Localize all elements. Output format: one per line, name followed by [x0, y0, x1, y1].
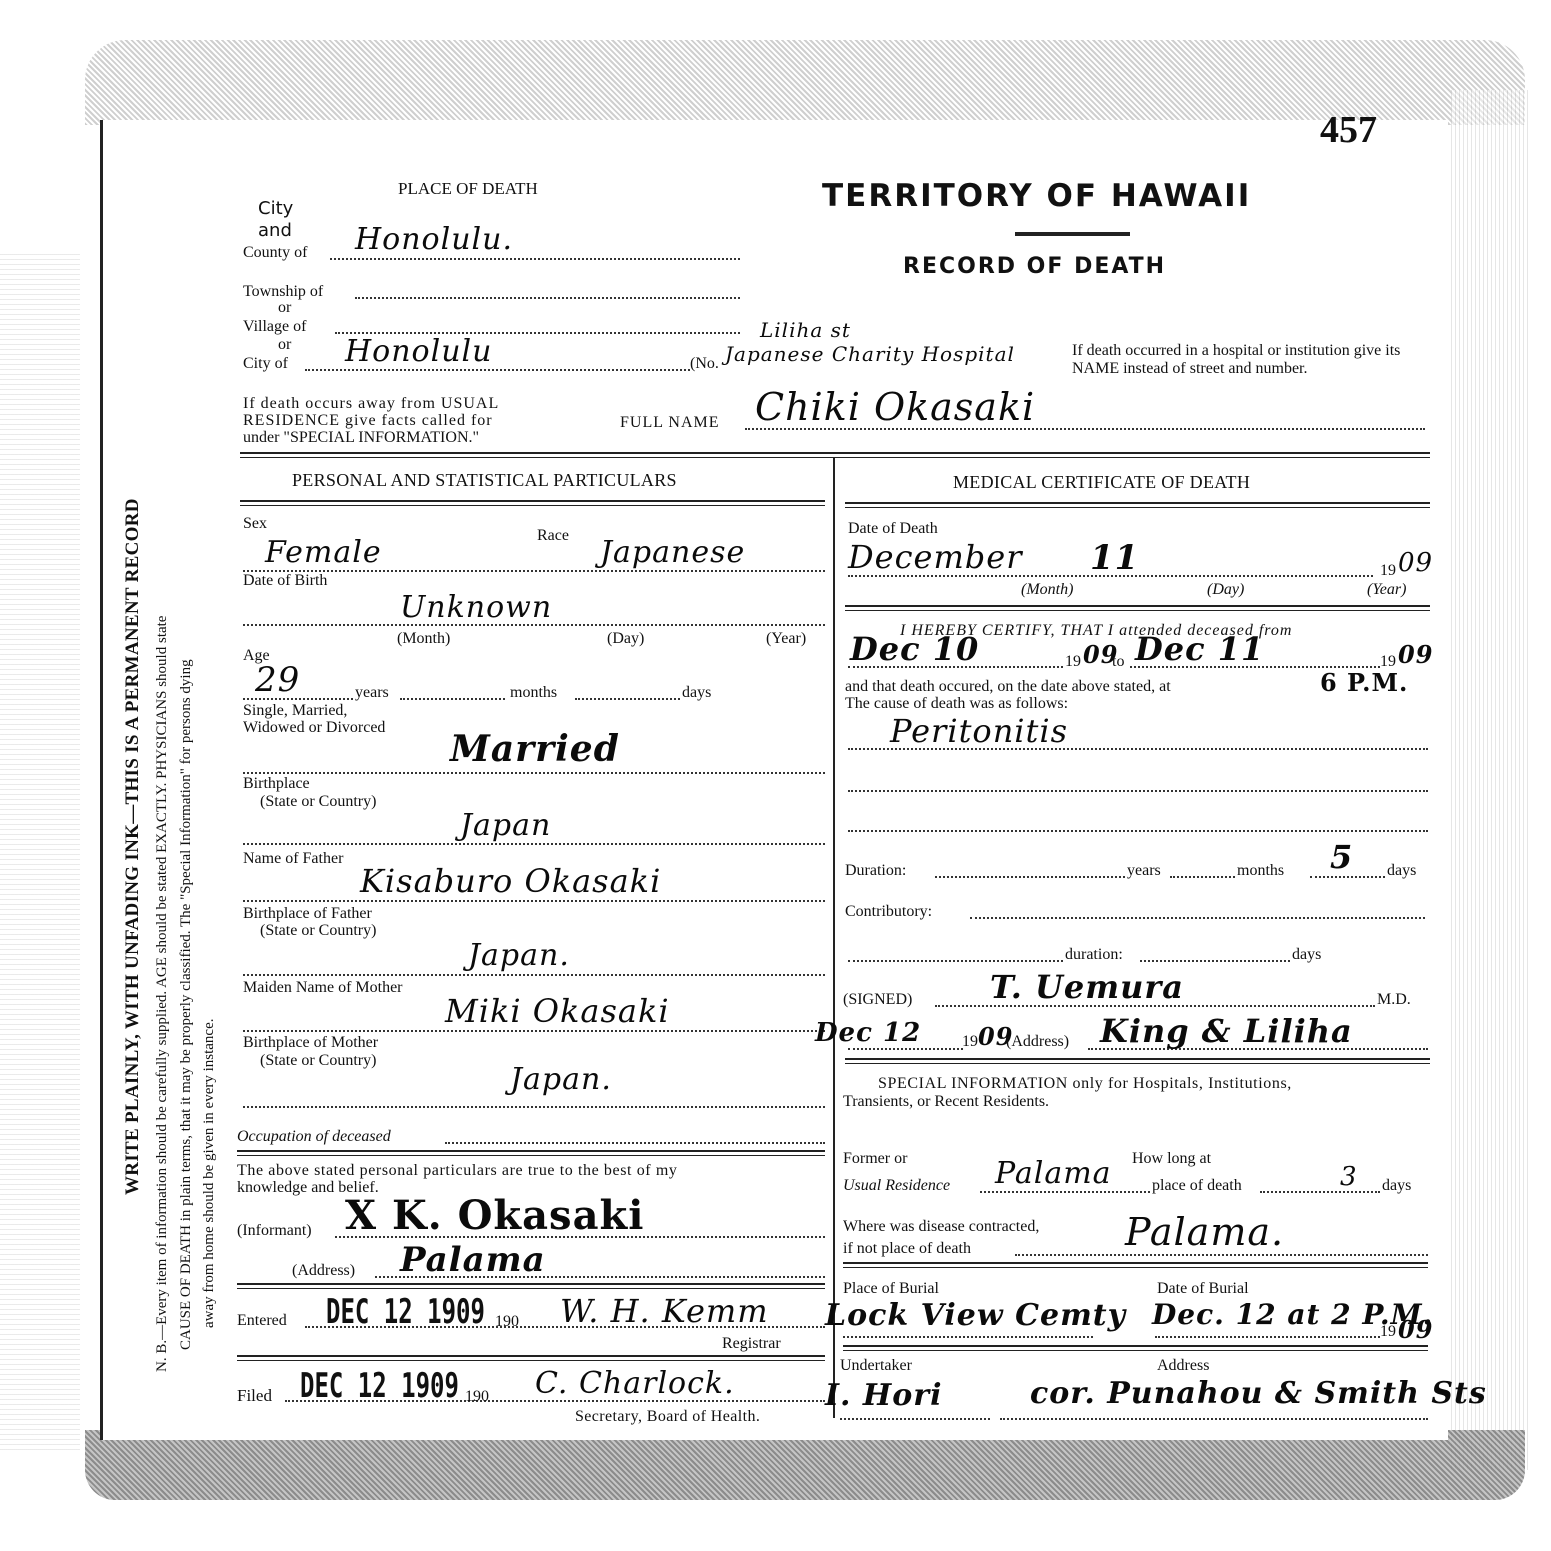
place-of-death-heading: PLACE OF DEATH	[398, 180, 538, 198]
form-title: TERRITORY OF HAWAII	[822, 178, 1251, 214]
side-note-line1: N. B.—Every item of information should b…	[153, 616, 171, 1372]
father-line	[243, 900, 825, 902]
dod-year-prefix: 19	[1380, 562, 1396, 580]
cause-line-3	[848, 830, 1428, 832]
dod-day-value[interactable]: 11	[1090, 538, 1139, 578]
special-heading: SPECIAL INFORMATION only for Hospitals, …	[878, 1075, 1292, 1093]
entered-rule	[237, 1355, 825, 1361]
occupation-rule	[237, 1150, 825, 1156]
entered-label: Entered	[237, 1312, 287, 1330]
dod-day-label: (Day)	[1207, 581, 1244, 599]
attended-to-value[interactable]: Dec 11	[1135, 630, 1264, 668]
undertaker-line	[840, 1418, 990, 1420]
special-heading-bold: SPECIAL INFORMATION	[878, 1075, 1068, 1092]
undertaker-value[interactable]: I. Hori	[825, 1378, 942, 1413]
contributory-line-2	[848, 960, 1063, 962]
informant-value[interactable]: X K. Okasaki	[345, 1192, 644, 1239]
city-of-label: City of	[243, 355, 288, 373]
contracted-rule	[843, 1262, 1428, 1268]
burial-place-label: Place of Burial	[843, 1280, 939, 1298]
former-residence-label-2: Usual Residence	[843, 1177, 950, 1195]
birthplace-line	[243, 843, 825, 845]
cause-value[interactable]: Peritonitis	[890, 712, 1068, 750]
dod-month-label: (Month)	[1021, 581, 1073, 599]
mother-birthplace-line	[243, 1106, 825, 1108]
race-label: Race	[537, 527, 569, 545]
how-long-line	[1260, 1191, 1380, 1193]
burial-place-line	[843, 1336, 1093, 1338]
undertaker-address-line	[1000, 1418, 1428, 1420]
county-line	[330, 258, 740, 260]
dob-day-label: (Day)	[607, 630, 644, 648]
dob-label: Date of Birth	[243, 572, 327, 590]
hospital-note: If death occurred in a hospital or insti…	[1072, 342, 1430, 378]
away-note-3: under "SPECIAL INFORMATION."	[243, 429, 479, 447]
father-birthplace-value[interactable]: Japan.	[468, 938, 570, 973]
death-time-value[interactable]: 6 P.M.	[1320, 668, 1408, 697]
informant-address-label: (Address)	[292, 1262, 355, 1280]
contributory-duration-label: duration:	[1065, 946, 1123, 964]
institution-value[interactable]: Japanese Charity Hospital	[725, 342, 1015, 366]
birthplace-label-2: (State or Country)	[260, 793, 376, 811]
or-label-1: or	[278, 299, 291, 317]
attended-to-year[interactable]: 09	[1398, 640, 1433, 669]
informant-label: (Informant)	[237, 1222, 312, 1240]
informant-address-value[interactable]: Palama	[400, 1240, 546, 1280]
contracted-label-1: Where was disease contracted,	[843, 1218, 1039, 1236]
mother-birthplace-label-1: Birthplace of Mother	[243, 1034, 378, 1052]
former-residence-label-1: Former or	[843, 1150, 907, 1168]
dob-year-label: (Year)	[766, 630, 806, 648]
registrar-label: Registrar	[722, 1335, 781, 1353]
burial-place-value[interactable]: Lock View Cemty	[825, 1298, 1126, 1333]
former-residence-value[interactable]: Palama	[995, 1156, 1112, 1191]
signed-rule	[845, 1058, 1430, 1064]
undertaker-address-label: Address	[1157, 1357, 1209, 1375]
mother-birthplace-value[interactable]: Japan.	[510, 1062, 612, 1097]
county-value[interactable]: Honolulu.	[355, 222, 513, 257]
medical-heading: MEDICAL CERTIFICATE OF DEATH	[953, 472, 1250, 493]
and-label: and	[258, 220, 292, 241]
secretary-label: Secretary, Board of Health.	[575, 1408, 760, 1426]
mother-value[interactable]: Miki Okasaki	[445, 992, 670, 1030]
former-residence-line	[980, 1191, 1150, 1193]
informant-rule	[237, 1283, 825, 1289]
side-note-main: WRITE PLAINLY, WITH UNFADING INK—THIS IS…	[122, 498, 144, 1195]
dod-year-value[interactable]: 09	[1398, 548, 1433, 578]
burial-year-prefix: 19	[1380, 1323, 1396, 1341]
full-name-label: FULL NAME	[620, 414, 720, 432]
contributory-line	[970, 917, 1425, 919]
side-note-line2: CAUSE OF DEATH in plain terms, that it m…	[177, 659, 195, 1350]
father-label: Name of Father	[243, 850, 343, 868]
father-birthplace-label-1: Birthplace of Father	[243, 905, 372, 923]
sex-value[interactable]: Female	[265, 535, 382, 570]
dod-rule	[845, 605, 1430, 611]
birthplace-label-1: Birthplace	[243, 775, 310, 793]
away-note-1: If death occurs away from USUAL	[243, 395, 499, 413]
city-label: City	[258, 198, 293, 219]
attended-to-label: to	[1112, 653, 1124, 671]
dod-label: Date of Death	[848, 520, 938, 538]
father-value[interactable]: Kisaburo Okasaki	[360, 862, 661, 900]
contracted-value[interactable]: Palama.	[1125, 1210, 1284, 1254]
or-label-2: or	[278, 336, 291, 354]
contracted-line	[1015, 1254, 1428, 1256]
duration-years-line	[935, 876, 1125, 878]
sex-label: Sex	[243, 515, 267, 533]
how-long-value[interactable]: 3	[1340, 1162, 1358, 1192]
marital-label-2: Widowed or Divorced	[243, 719, 385, 737]
filed-stamp: DEC 12 1909	[300, 1366, 459, 1405]
scan-border-top	[85, 40, 1525, 125]
age-days-line	[575, 698, 680, 700]
contracted-label-2: if not place of death	[843, 1240, 971, 1258]
registrar-signature: W. H. Kemm	[560, 1292, 769, 1330]
physician-address-value[interactable]: King & Liliha	[1100, 1012, 1353, 1050]
street-no-label: (No.	[690, 355, 719, 373]
undertaker-label: Undertaker	[840, 1357, 912, 1375]
how-long-label-1: How long at	[1132, 1150, 1211, 1168]
physician-signature: T. Uemura	[990, 968, 1184, 1006]
entered-year-prefix: 190	[495, 1313, 519, 1331]
attest-line-1: The above stated personal particulars ar…	[237, 1162, 677, 1180]
filed-label: Filed	[237, 1387, 272, 1405]
contributory-days-label: days	[1292, 946, 1321, 964]
marital-line	[243, 772, 825, 774]
city-line	[305, 369, 690, 371]
personal-heading-rule	[240, 500, 825, 506]
column-divider	[833, 458, 835, 1418]
cause-label: The cause of death was as follows:	[845, 695, 1068, 713]
contributory-duration-line	[1140, 960, 1290, 962]
occupation-label: Occupation of deceased	[237, 1128, 391, 1146]
occupation-line	[445, 1142, 825, 1144]
village-label: Village of	[243, 318, 306, 336]
medical-heading-rule	[845, 502, 1430, 508]
city-value[interactable]: Honolulu	[345, 334, 492, 369]
burial-date-label: Date of Burial	[1157, 1280, 1249, 1298]
county-label: County of	[243, 244, 307, 262]
undertaker-address-value[interactable]: cor. Punahou & Smith Sts	[1030, 1376, 1487, 1411]
away-note-2: RESIDENCE give facts called for	[243, 412, 493, 430]
mother-birthplace-label-2: (State or Country)	[260, 1052, 376, 1070]
burial-rule	[843, 1345, 1428, 1351]
cause-line-2	[848, 790, 1428, 792]
how-long-days-label: days	[1382, 1177, 1411, 1195]
age-months-line	[400, 698, 505, 700]
race-value[interactable]: Japanese	[600, 535, 745, 570]
death-time-text: and that death occured, on the date abov…	[845, 678, 1171, 696]
burial-year-value[interactable]: 09	[1398, 1315, 1433, 1344]
entered-stamp: DEC 12 1909	[326, 1292, 485, 1331]
attended-from-year-prefix: 19	[1065, 653, 1081, 671]
personal-heading: PERSONAL AND STATISTICAL PARTICULARS	[292, 470, 677, 491]
md-label: M.D.	[1377, 991, 1411, 1009]
sex-race-line	[243, 570, 825, 572]
side-note-line3: away from home should be given in every …	[200, 1019, 218, 1329]
scan-border-left	[0, 250, 80, 1450]
age-years-label: years	[355, 684, 389, 702]
duration-label: Duration:	[845, 862, 906, 880]
duration-months-label: months	[1237, 862, 1284, 880]
dod-year-label: (Year)	[1367, 581, 1406, 599]
signed-date-line	[848, 1048, 963, 1050]
scan-border-bottom	[85, 1430, 1525, 1500]
special-heading-line2: Transients, or Recent Residents.	[843, 1093, 1049, 1111]
scan-border-right	[1451, 90, 1531, 1470]
dob-month-label: (Month)	[397, 630, 450, 648]
duration-days-line	[1310, 876, 1385, 878]
marital-label-1: Single, Married,	[243, 702, 347, 720]
mother-label: Maiden Name of Mother	[243, 979, 403, 997]
signed-label: (SIGNED)	[843, 991, 912, 1009]
title-rule	[1015, 232, 1130, 236]
duration-years-label: years	[1127, 862, 1161, 880]
burial-date-line	[1155, 1336, 1380, 1338]
secretary-signature: C. Charlock.	[535, 1366, 735, 1401]
form-subtitle: RECORD OF DEATH	[903, 254, 1166, 279]
marital-value[interactable]: Married	[450, 728, 620, 770]
duration-days-label: days	[1387, 862, 1416, 880]
street-value[interactable]: Liliha st	[760, 318, 851, 342]
physician-address-label: (Address)	[1006, 1033, 1069, 1051]
section-divider	[240, 452, 1430, 458]
attended-from-value[interactable]: Dec 10	[850, 630, 979, 668]
father-birthplace-line	[243, 974, 825, 976]
signed-year-prefix: 19	[962, 1033, 978, 1051]
how-long-label-2: place of death	[1152, 1177, 1242, 1195]
township-line	[355, 297, 740, 299]
filed-year-prefix: 190	[465, 1388, 489, 1406]
special-heading-rest: only for Hospitals, Institutions,	[1068, 1075, 1292, 1092]
signed-date-value[interactable]: Dec 12	[815, 1018, 921, 1048]
dob-value[interactable]: Unknown	[400, 590, 552, 625]
mother-line	[243, 1030, 825, 1032]
age-months-label: months	[510, 684, 557, 702]
father-birthplace-label-2: (State or Country)	[260, 922, 376, 940]
birthplace-value[interactable]: Japan	[460, 808, 551, 843]
duration-days-value[interactable]: 5	[1330, 838, 1353, 876]
record-number: 457	[1320, 108, 1377, 152]
full-name-value[interactable]: Chiki Okasaki	[755, 385, 1035, 429]
dod-month-value[interactable]: December	[848, 538, 1023, 576]
age-days-label: days	[682, 684, 711, 702]
contributory-label: Contributory:	[845, 903, 932, 921]
age-years-value[interactable]: 29	[255, 660, 300, 700]
duration-months-line	[1170, 876, 1235, 878]
